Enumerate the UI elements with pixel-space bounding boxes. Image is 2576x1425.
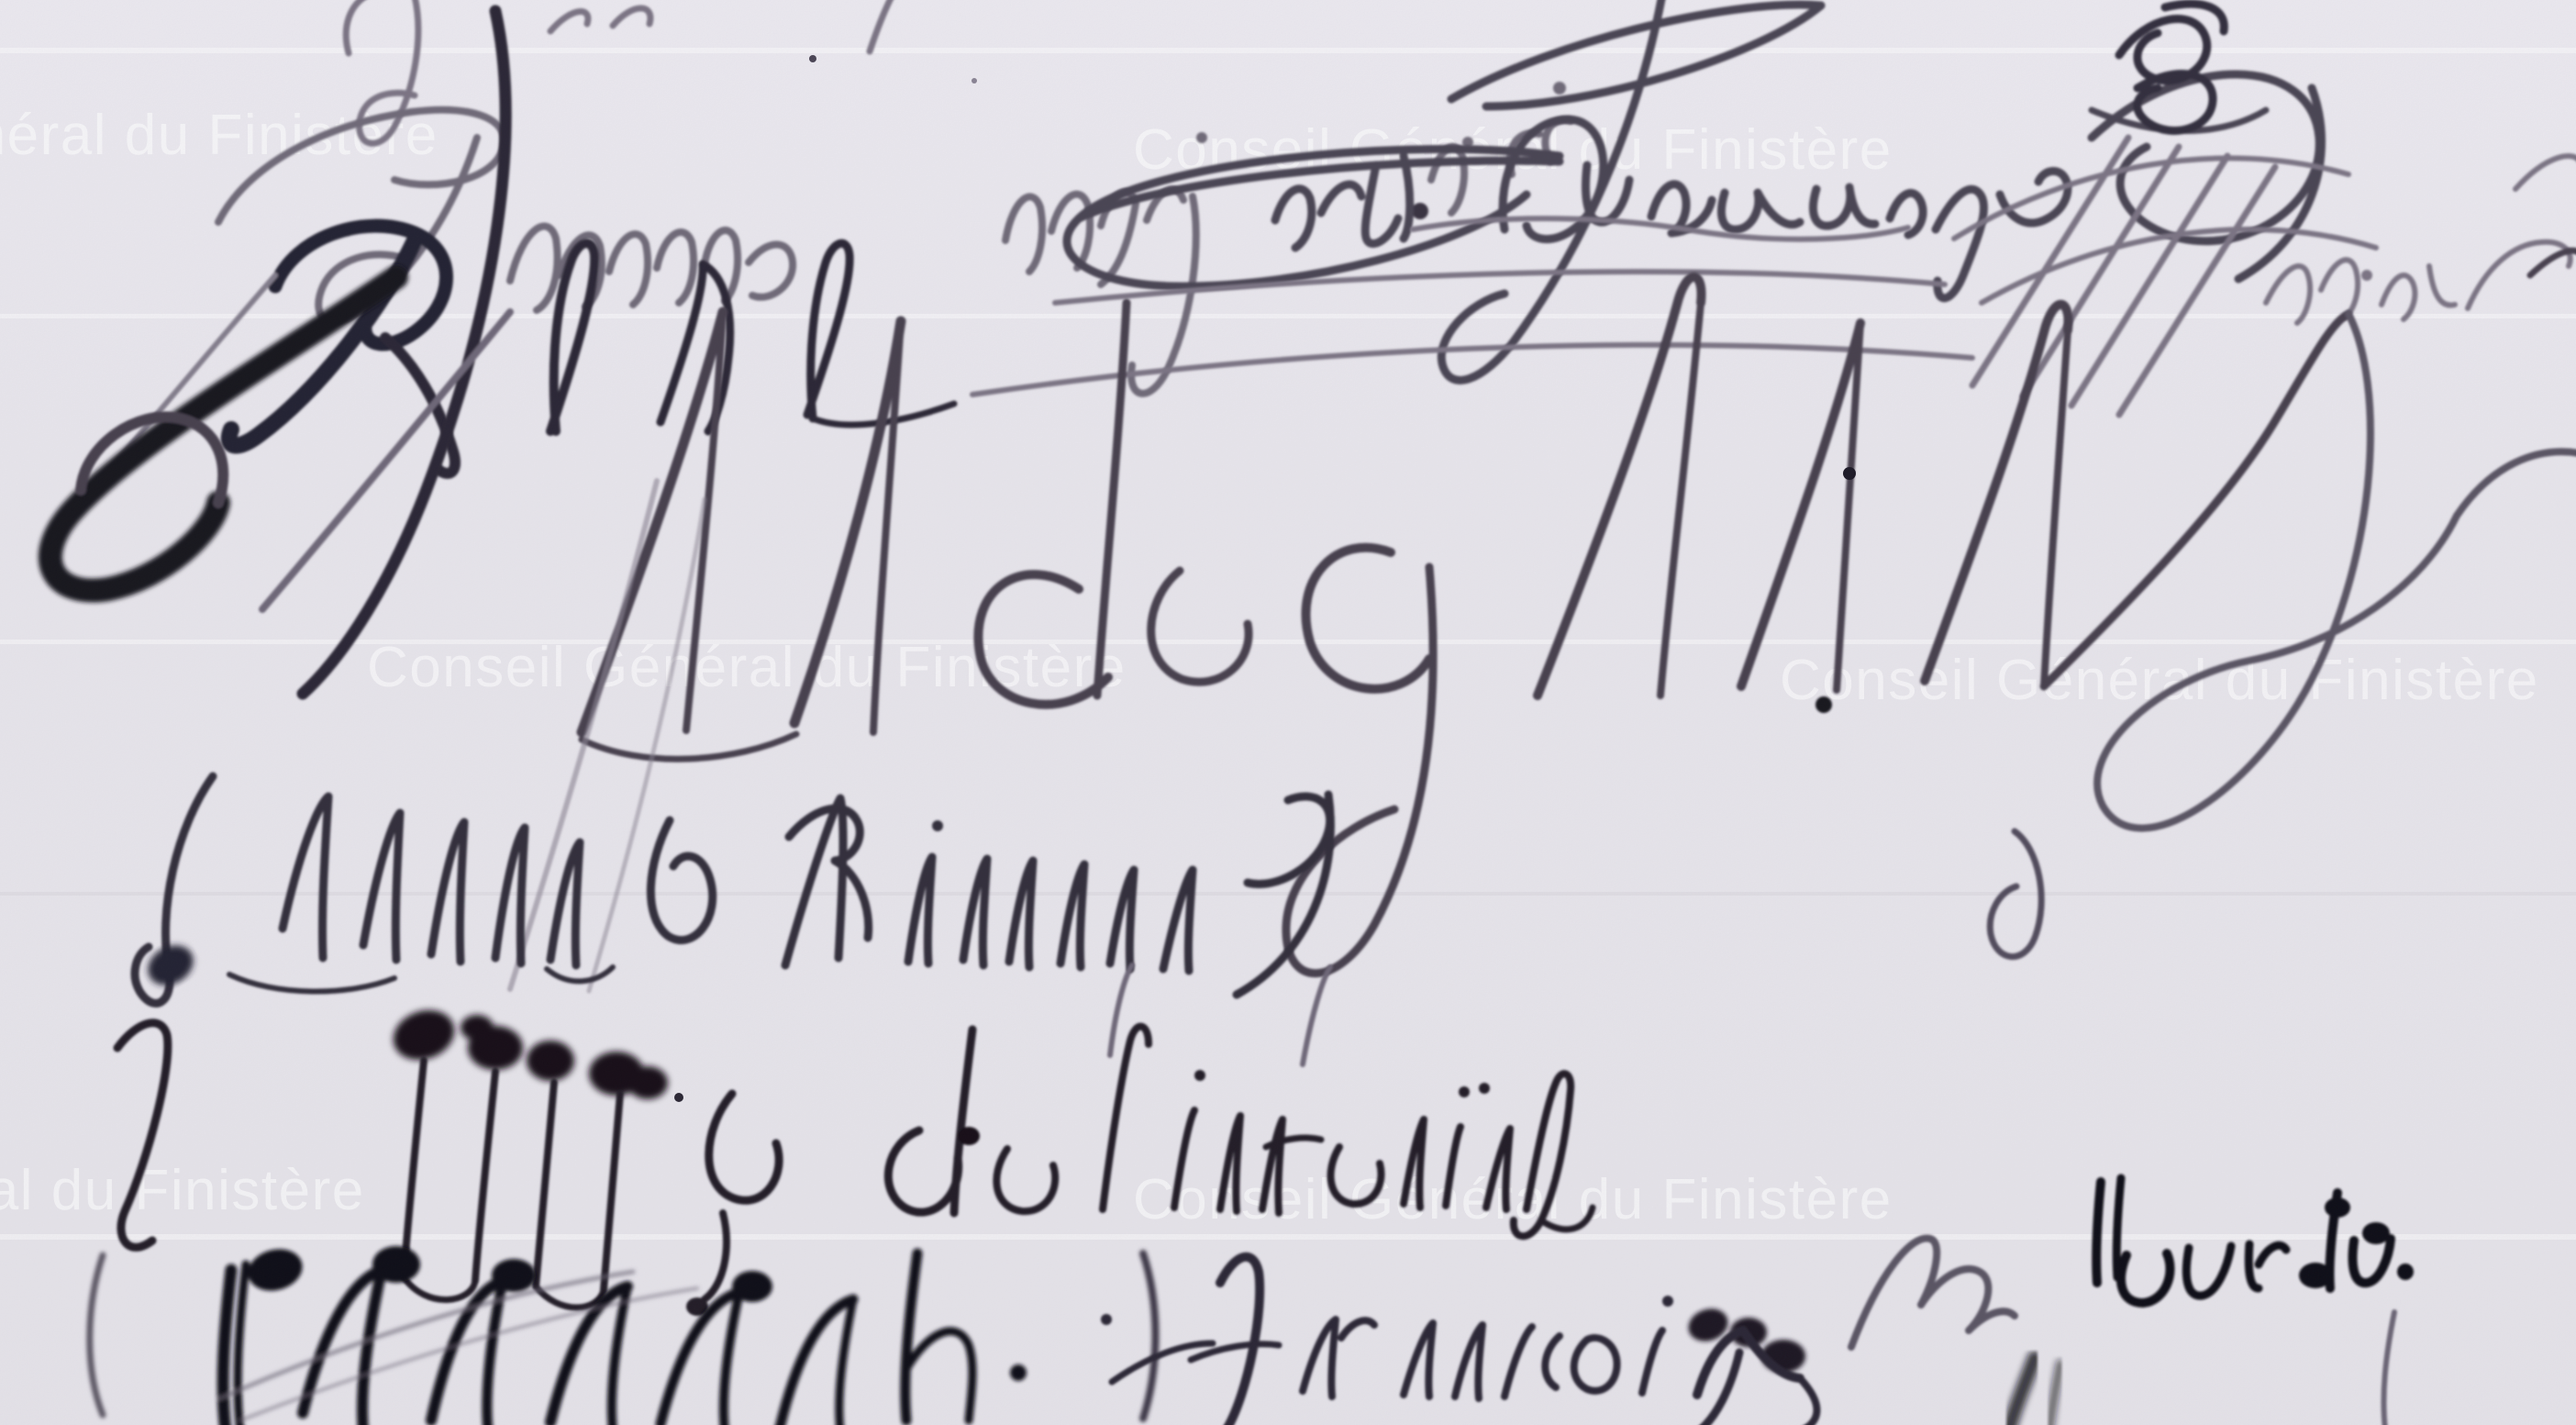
paper-grain-texture xyxy=(0,0,2576,1425)
scanned-register-page: Conseil Général du Finistère Conseil Gén… xyxy=(0,0,2576,1425)
handwriting-ink-layer xyxy=(0,0,2576,1425)
